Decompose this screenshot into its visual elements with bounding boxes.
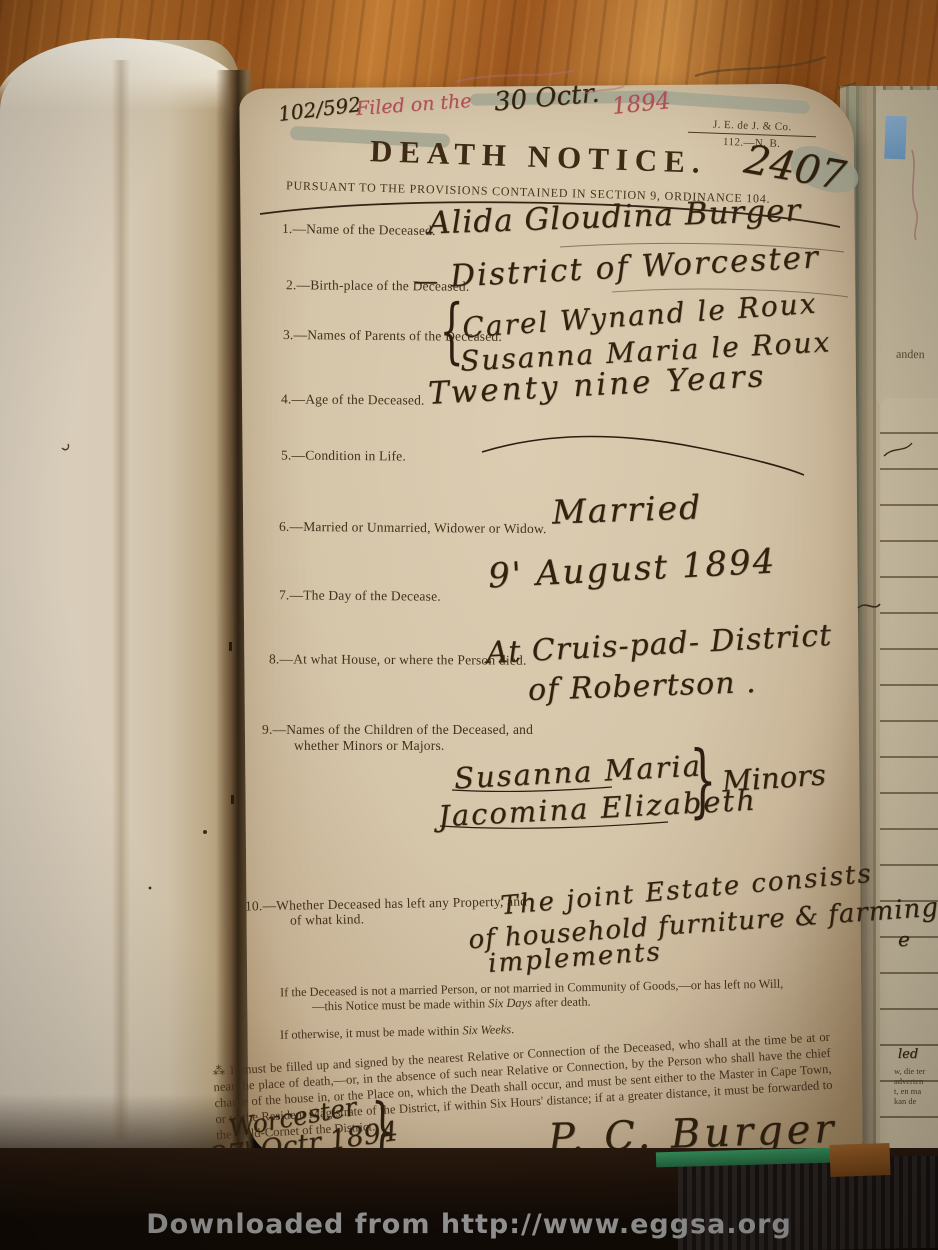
watermark: Downloaded from http://www.eggsa.org [0, 1210, 938, 1240]
note-emphasis: Six Weeks [462, 1022, 511, 1037]
newspaper-clipping-fragment: w, die ter adverten t, en ma kan de [894, 1066, 938, 1106]
clipping-line: adverten [894, 1076, 938, 1086]
form-item-10-label-line2: of what kind. [290, 911, 364, 927]
note-text: after death. [532, 995, 591, 1010]
clipping-line: kan de [894, 1096, 938, 1106]
form-item-4-label: 4.—Age of the Deceased. [281, 391, 425, 407]
form-item-9-status: Minors [721, 758, 827, 798]
form-item-9-brace: } [689, 736, 716, 825]
note-text: —this Notice must be made within [312, 996, 488, 1013]
form-item-1-label: 1.—Name of the Deceased. [282, 221, 436, 238]
edge-handwriting-e: e [898, 928, 910, 950]
edge-text-fragment: anden [896, 348, 925, 362]
edge-handwriting-led: led [898, 1048, 918, 1063]
wood-edge-fragment [829, 1143, 890, 1177]
form-item-6-label: 6.—Married or Unmarried, Widower or Wido… [279, 519, 547, 536]
photo-of-death-notice: anden e led w, die ter adverten t, en ma… [0, 0, 938, 1250]
form-item-6-value: Married [551, 489, 702, 531]
ledger-page-edge [880, 398, 938, 1150]
note-emphasis: Six Days [488, 996, 532, 1011]
form-item-9-label-line1: 9.—Names of the Children of the Deceased… [262, 722, 533, 737]
clipping-line: t, en ma [894, 1086, 938, 1096]
asterism-mark: ⁂ [212, 1063, 226, 1079]
blue-tab-sticker [884, 116, 906, 160]
form-item-2-dash: — [414, 268, 438, 295]
clipping-line: w, die ter [894, 1066, 938, 1076]
form-item-9-label-line2: whether Minors or Majors. [294, 738, 444, 753]
note-text: . [511, 1022, 514, 1036]
left-page-crease [112, 60, 130, 1140]
form-item-7-label: 7.—The Day of the Decease. [279, 587, 441, 604]
form-item-5-label: 5.—Condition in Life. [281, 447, 406, 463]
